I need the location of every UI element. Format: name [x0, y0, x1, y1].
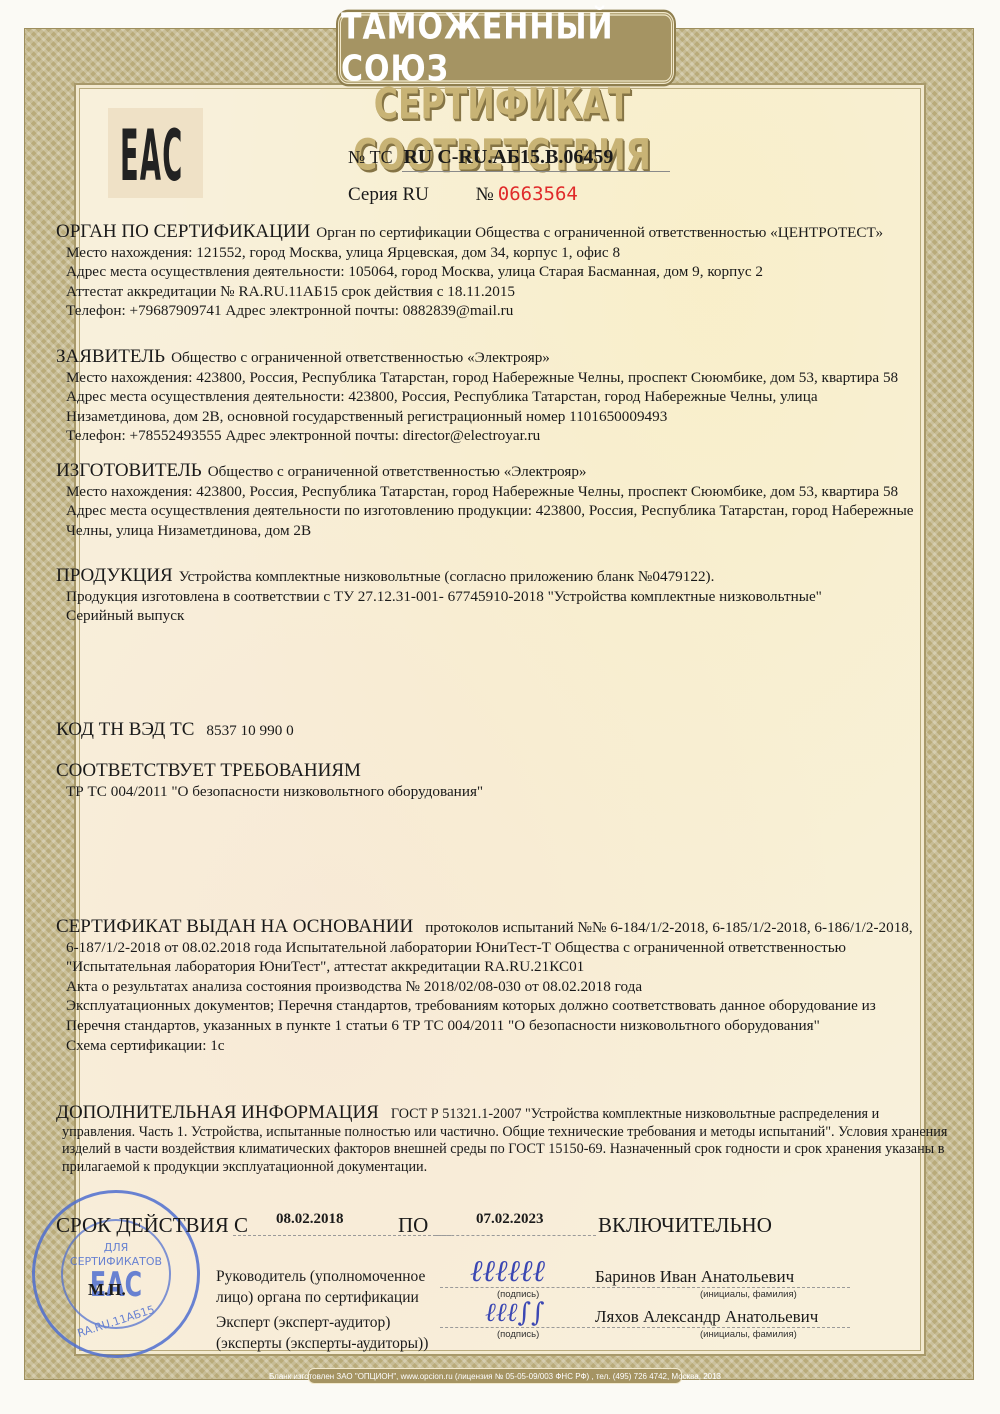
head-label-line-2: лицо) органа по сертификации: [216, 1287, 425, 1308]
section-heading: ИЗГОТОВИТЕЛЬ: [56, 460, 202, 481]
series-line: Серия RU №0663564: [348, 183, 578, 206]
section-heading: ЗАЯВИТЕЛЬ: [56, 346, 165, 367]
text-line: ТР ТС 004/2011 "О безопасности низковоль…: [56, 782, 946, 802]
expert-name: Ляхов Александр Анатольевич: [595, 1307, 818, 1327]
validity-to-label: ПО: [398, 1213, 428, 1238]
text-line: Телефон: +78552493555 Адрес электронной …: [56, 426, 946, 446]
text-line: Место нахождения: 423800, Россия, Респуб…: [56, 368, 946, 388]
text-line: Аттестат аккредитации № RA.RU.11АБ15 сро…: [56, 282, 946, 302]
expert-name-line: [592, 1327, 850, 1328]
head-signature-line: [440, 1287, 590, 1288]
text-line: Серийный выпуск: [56, 606, 946, 626]
expert-signature-line: [440, 1327, 590, 1328]
blank-number-label: №: [476, 184, 494, 205]
certificate-number: № ТС RU C-RU.АБ15.В.06459: [348, 146, 613, 169]
text-line: Челны, улица Низаметдинова, дом 2В: [56, 521, 946, 541]
tn-ved-code: 8537 10 990 0: [206, 722, 293, 739]
section-manufacturer: ИЗГОТОВИТЕЛЬОбщество с ограниченной отве…: [56, 461, 946, 540]
additional-first-line: ГОСТ Р 51321.1-2007 "Устройства комплект…: [391, 1106, 879, 1122]
section-basis: СЕРТИФИКАТ ВЫДАН НА ОСНОВАНИИпротоколов …: [56, 917, 946, 1055]
certification-body-name: Орган по сертификации Общества с огранич…: [316, 224, 883, 241]
text-line: Эксплуатационных документов; Перечня ста…: [56, 996, 946, 1016]
head-label-line-1: Руководитель (уполномоченное: [216, 1266, 425, 1287]
blank-number: 0663564: [498, 183, 578, 205]
section-product: ПРОДУКЦИЯУстройства комплектные низковол…: [56, 566, 946, 626]
text-line: Телефон: +79687909741 Адрес электронной …: [56, 301, 946, 321]
text-line: "Испытательная лаборатория ЮниТест", атт…: [56, 957, 946, 977]
series-value: RU: [403, 184, 429, 205]
text-line: прилагаемой к продукции эксплуатационной…: [56, 1159, 946, 1177]
customs-union-banner: ТАМОЖЕННЫЙ СОЮЗ: [338, 12, 674, 84]
expert-label-line-2: (эксперты (эксперты-аудиторы)): [216, 1333, 428, 1354]
text-line: 6-187/1/2-2018 от 08.02.2018 года Испыта…: [56, 938, 946, 958]
text-line: Низаметдинова, дом 2В, основной государс…: [56, 407, 946, 427]
text-line: Перечня стандартов, указанных в пункте 1…: [56, 1016, 946, 1036]
expert-label: Эксперт (эксперт-аудитор) (эксперты (экс…: [216, 1312, 428, 1354]
validity-to-underline: [436, 1235, 596, 1236]
head-label: Руководитель (уполномоченное лицо) орган…: [216, 1266, 425, 1308]
product-name: Устройства комплектные низковольтные (со…: [179, 568, 715, 585]
basis-first-line: протоколов испытаний №№ 6-184/1/2-2018, …: [425, 919, 912, 936]
manufacturer-name: Общество с ограниченной ответственностью…: [208, 463, 587, 480]
section-requirements: СООТВЕТСТВУЕТ ТРЕБОВАНИЯМ ТР ТС 004/2011…: [56, 761, 946, 801]
name-caption: (инициалы, фамилия): [700, 1289, 797, 1300]
series-label: Серия: [348, 184, 398, 205]
expert-label-line-1: Эксперт (эксперт-аудитор): [216, 1312, 428, 1333]
head-signature: ℓℓℓℓℓℓ: [470, 1254, 545, 1289]
applicant-name: Общество с ограниченной ответственностью…: [171, 349, 550, 366]
section-heading: КОД ТН ВЭД ТС: [56, 719, 194, 740]
section-additional-info: ДОПОЛНИТЕЛЬНАЯ ИНФОРМАЦИЯГОСТ Р 51321.1-…: [56, 1104, 946, 1176]
seal-place-label: М.П.: [88, 1280, 126, 1300]
validity-from-date: 08.02.2018: [276, 1211, 344, 1228]
text-line: Схема сертификации: 1с: [56, 1036, 946, 1056]
validity-to-date: 07.02.2023: [476, 1211, 544, 1228]
section-heading: ДОПОЛНИТЕЛЬНАЯ ИНФОРМАЦИЯ: [56, 1102, 379, 1123]
text-line: изделий в части воздействия климатически…: [56, 1141, 946, 1159]
text-line: Место нахождения: 121552, город Москва, …: [56, 243, 946, 263]
certificate-number-underline: [402, 171, 670, 172]
section-heading: ОРГАН ПО СЕРТИФИКАЦИИ: [56, 221, 310, 242]
section-certification-body: ОРГАН ПО СЕРТИФИКАЦИИОрган по сертификац…: [56, 222, 946, 321]
text-line: управления. Часть 1. Устройства, испытан…: [56, 1124, 946, 1142]
text-line: Адрес места осуществления деятельности п…: [56, 501, 946, 521]
certificate-number-label: № ТС: [348, 147, 393, 167]
section-tn-ved: КОД ТН ВЭД ТС8537 10 990 0: [56, 720, 946, 741]
text-line: Адрес места осуществления деятельности: …: [56, 262, 946, 282]
text-line: Продукция изготовлена в соответствии с Т…: [56, 587, 946, 607]
eac-logo-icon: ЕАС: [120, 116, 163, 228]
expert-signature: ℓℓℓ∫∫: [485, 1298, 545, 1328]
head-name: Баринов Иван Анатольевич: [595, 1267, 794, 1287]
name-caption: (инициалы, фамилия): [700, 1329, 797, 1340]
text-line: Акта о результатах анализа состояния про…: [56, 977, 946, 997]
section-heading: СЕРТИФИКАТ ВЫДАН НА ОСНОВАНИИ: [56, 916, 413, 937]
validity-period: СРОК ДЕЙСТВИЯ С 08.02.2018 ПО 07.02.2023…: [56, 1213, 956, 1243]
section-heading: ПРОДУКЦИЯ: [56, 565, 173, 586]
head-name-line: [592, 1287, 850, 1288]
text-line: Место нахождения: 423800, Россия, Респуб…: [56, 482, 946, 502]
section-applicant: ЗАЯВИТЕЛЬОбщество с ограниченной ответст…: [56, 347, 946, 446]
printer-footer: Бланк изготовлен ЗАО "ОПЦИОН", www.opcio…: [308, 1368, 682, 1384]
certificate-number-value: RU C-RU.АБ15.В.06459: [403, 146, 613, 168]
validity-inclusive-label: ВКЛЮЧИТЕЛЬНО: [598, 1213, 772, 1238]
signature-caption: (подпись): [497, 1329, 539, 1340]
text-line: Адрес места осуществления деятельности: …: [56, 387, 946, 407]
validity-from-label: СРОК ДЕЙСТВИЯ С: [56, 1213, 248, 1238]
section-heading: СООТВЕТСТВУЕТ ТРЕБОВАНИЯМ: [56, 760, 361, 781]
